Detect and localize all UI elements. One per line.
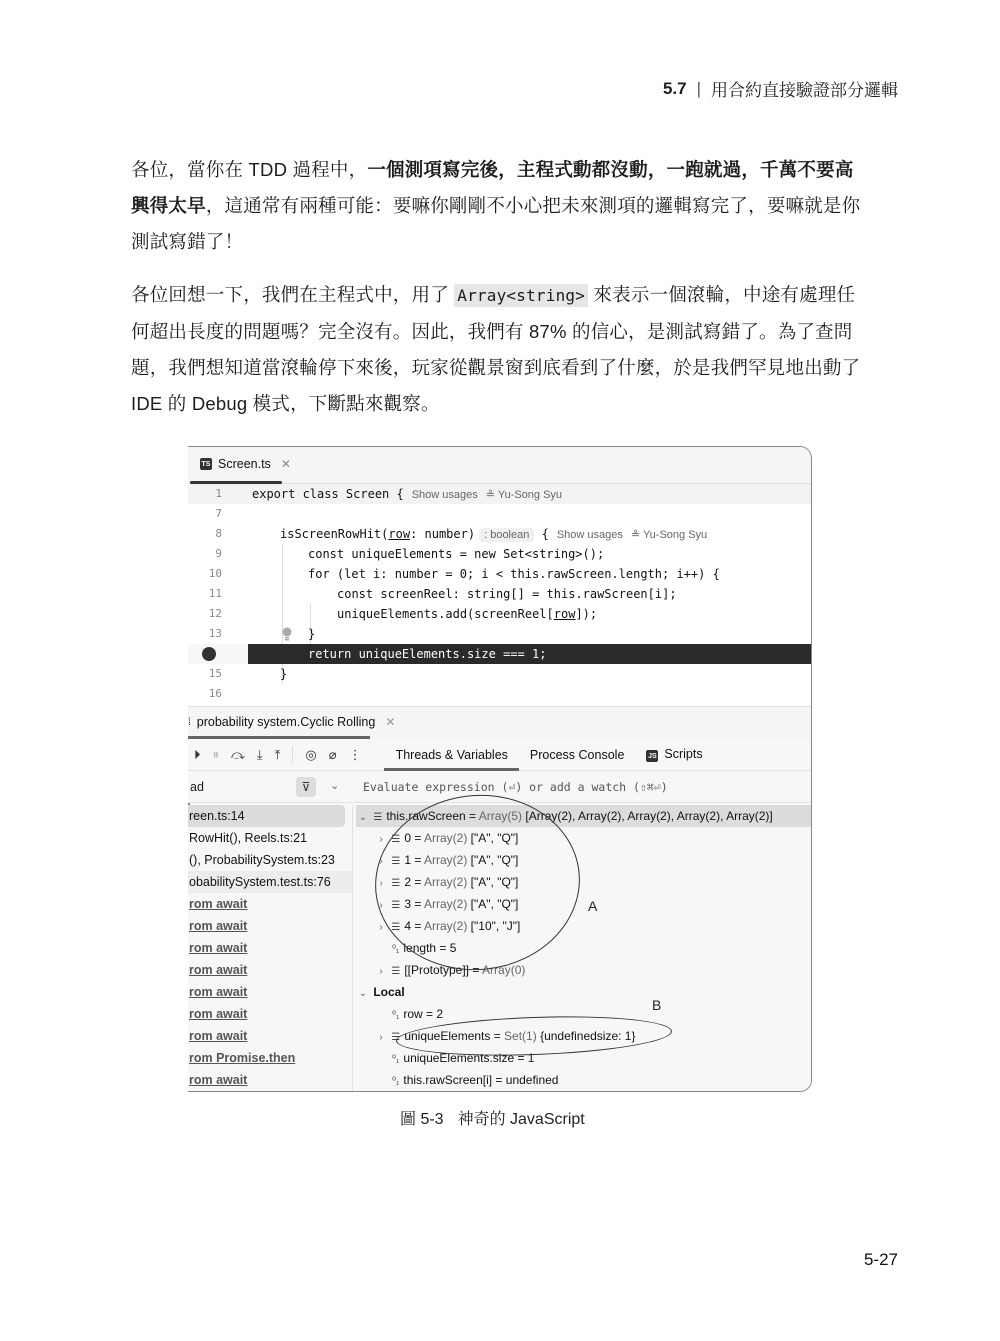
more-icon[interactable]: ⋮ [349, 747, 362, 763]
code-text: { [542, 527, 549, 541]
mute-breakpoints-icon[interactable]: ⌀ [329, 747, 337, 763]
chevron-right-icon[interactable]: › [374, 1027, 388, 1049]
show-usages-link[interactable]: Show usages [412, 489, 478, 501]
show-usages-link[interactable]: Show usages [557, 529, 623, 541]
debug-session-tab[interactable]: ⁞ probability system.Cyclic Rolling ✕ [188, 715, 395, 729]
variable-row[interactable]: ⁰₁row = 2 [392, 1003, 443, 1025]
chevron-right-icon[interactable]: › [374, 961, 388, 983]
author-hint: ≗ Yu-Song Syu [631, 529, 707, 541]
para1-text-b: ，這通常有兩種可能：要嘛你剛剛不小心把未來測項的邏輯寫完了，要嘛就是你測試寫錯了… [131, 195, 860, 252]
code-text: const uniqueElements = new Set<string>()… [308, 544, 604, 564]
frame-item[interactable]: obabilitySystem.test.ts:76 [188, 871, 352, 893]
frame-item-async[interactable]: rom await [188, 893, 352, 915]
editor-tab-screen-ts[interactable]: TS Screen.ts ✕ [200, 457, 291, 471]
running-header: 5.7 | 用合約直接驗證部分邏輯 [663, 76, 898, 101]
frame-item-async[interactable]: rom Promise.then [188, 1047, 352, 1069]
primitive-icon: ⁰₁ [392, 1049, 399, 1071]
debug-session-tab-bar: ⁞ probability system.Cyclic Rolling ✕ [188, 706, 811, 739]
line-number: 10 [188, 564, 222, 584]
scope-local[interactable]: ⌄ Local [356, 981, 405, 1003]
code-text: return uniqueElements.size === 1; [308, 644, 546, 664]
code-text: for (let i: number = 0; i < this.rawScre… [308, 564, 720, 584]
var-value: [Array(2), Array(2), Array(2), Array(2),… [525, 809, 772, 823]
var-name: row = 2 [403, 1007, 443, 1021]
section-title: 用合約直接驗證部分邏輯 [711, 76, 898, 101]
array-icon: ☰ [373, 807, 382, 829]
frame-item[interactable]: (), ProbabilitySystem.ts:23 [188, 849, 352, 871]
line-number: 7 [188, 504, 222, 524]
code-line-16: 16 [188, 684, 811, 704]
step-into-icon[interactable]: ⤓ [257, 747, 263, 763]
close-icon[interactable]: ✕ [385, 715, 395, 729]
frame-item-async[interactable]: rom await [188, 915, 352, 937]
frames-header: ad ⊽ ⌄ [188, 771, 353, 803]
code-text: const screenReel: string[] = this.rawScr… [337, 584, 677, 604]
line-number: 8 [188, 524, 222, 544]
resume-icon[interactable]: ⏵︎ [194, 747, 201, 763]
code-line-9: 9 const uniqueElements = new Set<string>… [188, 544, 811, 564]
code-editor[interactable]: 1 export class Screen {Show usages≗ Yu-S… [188, 484, 811, 706]
frame-item-async[interactable]: rom await [188, 1003, 352, 1025]
line-number: 15 [188, 664, 222, 684]
primitive-icon: ⁰₁ [392, 939, 399, 961]
frame-item[interactable]: reen.ts:14 [188, 805, 345, 827]
frame-item[interactable]: RowHit(), Reels.ts:21 [188, 827, 352, 849]
tab-scripts[interactable]: JSScripts [646, 747, 702, 763]
evaluate-expression-input[interactable]: Evaluate expression (⏎) or add a watch (… [354, 771, 812, 803]
annotation-label-b: B [652, 997, 661, 1013]
thread-selector[interactable]: ad [190, 780, 204, 794]
debug-toolbar: ⏵︎ ⏸︎ ⤼ ⤓ ⤒ ◎ ⌀ ⋮ Threads & Variables Pr… [188, 739, 811, 771]
line-number: 9 [188, 544, 222, 564]
js-icon: JS [646, 750, 658, 762]
scope-label: Local [373, 985, 404, 999]
chevron-down-icon[interactable]: ⌄ [356, 807, 370, 829]
lightbulb-icon[interactable] [282, 627, 292, 641]
chevron-down-icon[interactable]: ⌄ [330, 779, 339, 792]
step-out-icon[interactable]: ⤒ [275, 747, 281, 763]
figure-title: 神奇的 JavaScript [458, 1106, 585, 1129]
code-text: } [308, 624, 315, 644]
frame-item-async[interactable]: rom await [188, 959, 352, 981]
var-name: this.rawScreen[i] = undefined [403, 1073, 558, 1087]
frame-item-async[interactable]: rom await [188, 1069, 352, 1091]
code-line-14-current: return uniqueElements.size === 1; [188, 644, 811, 664]
code-text: export class Screen { [252, 487, 404, 501]
section-number: 5.7 [663, 79, 687, 99]
line-number: 16 [188, 684, 222, 704]
typescript-file-icon: TS [200, 458, 212, 470]
chevron-down-icon[interactable]: ⌄ [356, 983, 370, 1005]
primitive-icon: ⁰₁ [392, 1005, 399, 1027]
paragraph-1: 各位，當你在 TDD 過程中，一個測項寫完後，主程式動都沒動，一跑就過，千萬不要… [131, 152, 871, 260]
code-line-7: 7 [188, 504, 811, 524]
page-number: 5-27 [864, 1250, 898, 1270]
code-param: row [388, 527, 410, 541]
figure-number: 圖 5-3 [400, 1106, 444, 1129]
editor-tab-label: Screen.ts [218, 457, 271, 471]
code-text: ]); [575, 607, 597, 621]
paragraph-2: 各位回想一下，我們在主程式中，用了 Array<string> 來表示一個滾輪，… [131, 277, 871, 422]
tab-process-console[interactable]: Process Console [530, 748, 625, 762]
type-hint: : boolean [479, 528, 534, 542]
ide-screenshot: TS Screen.ts ✕ 1 export class Screen {Sh… [188, 446, 812, 1092]
code-text: uniqueElements.add(screenReel[ [337, 607, 554, 621]
annotation-label-a: A [588, 898, 597, 914]
frame-item-async[interactable]: rom await [188, 937, 352, 959]
line-number: 13 [188, 624, 222, 644]
line-number: 11 [188, 584, 222, 604]
close-icon[interactable]: ✕ [281, 457, 291, 471]
code-line-1: 1 export class Screen {Show usages≗ Yu-S… [188, 484, 811, 504]
view-breakpoints-icon[interactable]: ◎ [305, 747, 316, 763]
editor-tab-bar: TS Screen.ts ✕ [188, 447, 811, 484]
pause-icon[interactable]: ⏸︎ [213, 747, 220, 763]
code-text: isScreenRowHit( [280, 527, 388, 541]
code-text: : number) [410, 527, 475, 541]
code-line-8: 8 isScreenRowHit(row: number): boolean {… [188, 524, 811, 544]
variable-row[interactable]: ⁰₁this.rawScreen[i] = undefined [392, 1069, 558, 1091]
figure-caption: 圖 5-3 神奇的 JavaScript [400, 1106, 585, 1129]
code-line-13: 13 } [188, 624, 811, 644]
header-divider: | [697, 79, 701, 99]
node-icon: ⁞ [188, 717, 191, 728]
code-line-10: 10 for (let i: number = 0; i < this.rawS… [188, 564, 811, 584]
tab-threads-variables[interactable]: Threads & Variables [396, 748, 508, 762]
code-line-11: 11 const screenReel: string[] = this.raw… [188, 584, 811, 604]
code-line-12: 12 uniqueElements.add(screenReel[row]); [188, 604, 811, 624]
debug-session-label: probability system.Cyclic Rolling [197, 715, 376, 729]
filter-icon[interactable]: ⊽ [296, 777, 316, 797]
inline-code: Array<string> [454, 284, 588, 307]
para1-text-a: 各位，當你在 TDD 過程中， [131, 159, 367, 180]
frame-item-async[interactable]: rom await [188, 1025, 352, 1047]
author-hint: ≗ Yu-Song Syu [486, 489, 562, 501]
code-param: row [554, 607, 576, 621]
breakpoint-icon[interactable] [202, 647, 216, 661]
toolbar-divider [292, 746, 293, 764]
step-over-icon[interactable]: ⤼ [231, 747, 245, 763]
gutter [188, 644, 248, 664]
call-stack-frames: reen.ts:14 RowHit(), Reels.ts:21 (), Pro… [188, 805, 353, 1092]
tab-scripts-label: Scripts [664, 747, 702, 761]
primitive-icon: ⁰₁ [392, 1071, 399, 1092]
line-number: 12 [188, 604, 222, 624]
line-number: 1 [188, 484, 222, 504]
para2-text-a: 各位回想一下，我們在主程式中，用了 [131, 284, 454, 305]
frame-item-async[interactable]: rom await [188, 981, 352, 1003]
code-text: } [280, 664, 287, 684]
code-line-15: 15 } [188, 664, 811, 684]
array-icon: ☰ [391, 961, 400, 983]
